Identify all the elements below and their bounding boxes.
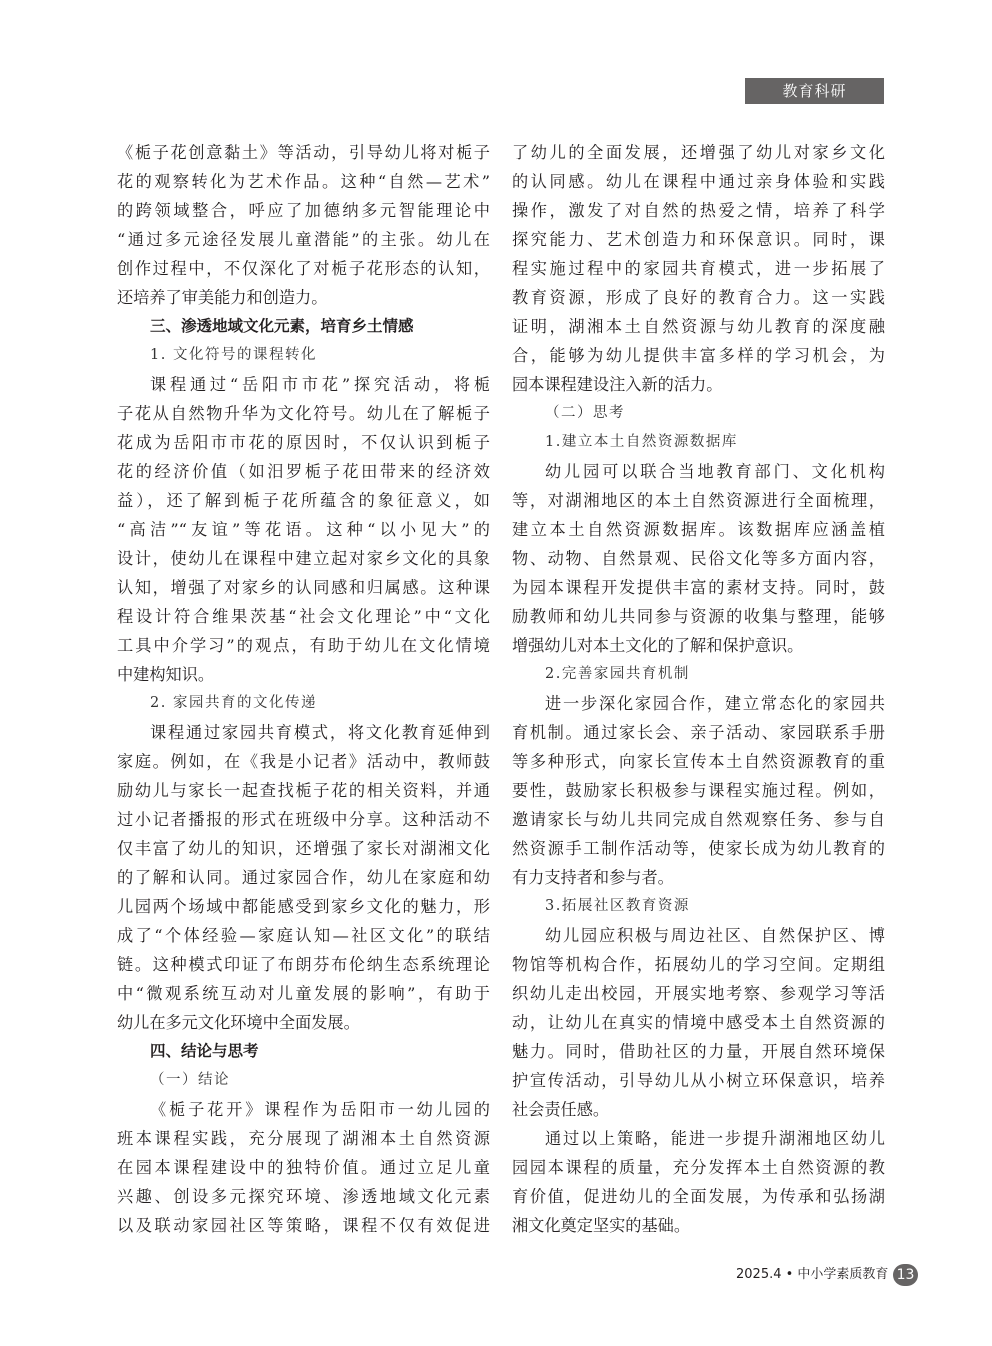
text-line: 探究能力、艺术创造力和环保意识。同时，课: [512, 225, 885, 254]
text-line: 工具中介学习”的观点，有助于幼儿在文化情境: [117, 631, 490, 660]
text-line: “高洁”“友谊”等花语。这种“以小见大”的: [117, 515, 490, 544]
text-line: 为园本课程开发提供丰富的素材支持。同时，鼓: [512, 573, 885, 602]
left-column: 《栀子花创意黏土》等活动，引导幼儿将对栀子花的观察转化为艺术作品。这种“自然—艺…: [117, 138, 490, 1240]
subsection-heading: 2. 家园共育的文化传递: [117, 689, 490, 718]
section-heading: 四、结论与思考: [117, 1037, 490, 1066]
text-line: 邀请家长与幼儿共同完成自然观察任务、参与自: [512, 805, 885, 834]
paragraph-last-line: 园本课程建设注入新的活力。: [512, 370, 885, 399]
text-line: 认知，增强了对家乡的认同感和归属感。这种课: [117, 573, 490, 602]
text-line: 程实施过程中的家园共育模式，进一步拓展了: [512, 254, 885, 283]
paragraph-last-line: 社会责任感。: [512, 1095, 885, 1124]
text-line: 要性，鼓励家长积极参与课程实施过程。例如，: [512, 776, 885, 805]
page-number-badge: 13: [893, 1264, 918, 1286]
text-line: 合，能够为幼儿提供丰富多样的学习机会，为: [512, 341, 885, 370]
text-line: 班本课程实践，充分展现了湖湘本土自然资源: [117, 1124, 490, 1153]
text-line: 花的观察转化为艺术作品。这种“自然—艺术”: [117, 167, 490, 196]
text-line: 中“微观系统互动对儿童发展的影响”，有助于: [117, 979, 490, 1008]
subsection-heading: 1. 文化符号的课程转化: [117, 341, 490, 370]
paragraph-last-line: 湘文化奠定坚实的基础。: [512, 1211, 885, 1240]
paragraph-first-line: 课程通过“岳阳市市花”探究活动，将栀: [117, 370, 490, 399]
paragraph-last-line: 幼儿在多元文化环境中全面发展。: [117, 1008, 490, 1037]
text-line: 然资源手工制作活动等，使家长成为幼儿教育的: [512, 834, 885, 863]
paragraph-first-line: 《栀子花开》课程作为岳阳市一幼儿园的: [117, 1095, 490, 1124]
text-line: 等多种形式，向家长宣传本土自然资源教育的重: [512, 747, 885, 776]
text-line: 物、动物、自然景观、民俗文化等多方面内容，: [512, 544, 885, 573]
section-heading: 三、渗透地域文化元素，培育乡土情感: [117, 312, 490, 341]
text-line: 的跨领域整合，呼应了加德纳多元智能理论中: [117, 196, 490, 225]
text-line: 在园本课程建设中的独特价值。通过立足儿童: [117, 1153, 490, 1182]
subsection-heading: 1.建立本土自然资源数据库: [512, 428, 885, 457]
text-line: 设计，使幼儿在课程中建立起对家乡文化的具象: [117, 544, 490, 573]
text-line: 魅力。同时，借助社区的力量，开展自然环境保: [512, 1037, 885, 1066]
text-line: 程设计符合维果茨基“社会文化理论”中“文化: [117, 602, 490, 631]
text-line: 创作过程中，不仅深化了对栀子花形态的认知，: [117, 254, 490, 283]
text-line: 仅丰富了幼儿的知识，还增强了家长对湖湘文化: [117, 834, 490, 863]
text-line: 家庭。例如，在《我是小记者》活动中，教师鼓: [117, 747, 490, 776]
text-line: 益），还了解到栀子花所蕴含的象征意义，如: [117, 486, 490, 515]
text-line: 动，让幼儿在真实的情境中感受本土自然资源的: [512, 1008, 885, 1037]
text-line: 育机制。通过家长会、亲子活动、家园联系手册: [512, 718, 885, 747]
text-line: 证明，湖湘本土自然资源与幼儿教育的深度融: [512, 312, 885, 341]
text-line: 操作，激发了对自然的热爱之情，培养了科学: [512, 196, 885, 225]
paragraph-last-line: 中建构知识。: [117, 660, 490, 689]
text-line: 织幼儿走出校园，开展实地考察、参观学习等活: [512, 979, 885, 1008]
subsection-heading: 3.拓展社区教育资源: [512, 892, 885, 921]
text-line: 链。这种模式印证了布朗芬布伦纳生态系统理论: [117, 950, 490, 979]
text-line: 建立本土自然资源数据库。该数据库应涵盖植: [512, 515, 885, 544]
text-line: 以及联动家园社区等策略，课程不仅有效促进: [117, 1211, 490, 1240]
paragraph-last-line: 增强幼儿对本土文化的了解和保护意识。: [512, 631, 885, 660]
text-line: 的了解和认同。通过家园合作，幼儿在家庭和幼: [117, 863, 490, 892]
text-line: “通过多元途径发展儿童潜能”的主张。幼儿在: [117, 225, 490, 254]
paragraph-last-line: 有力支持者和参与者。: [512, 863, 885, 892]
subsection-heading: （二）思考: [512, 399, 885, 428]
text-line: 儿园两个场域中都能感受到家乡文化的魅力，形: [117, 892, 490, 921]
text-line: 励教师和幼儿共同参与资源的收集与整理，能够: [512, 602, 885, 631]
text-line: 励幼儿与家长一起查找栀子花的相关资料，并通: [117, 776, 490, 805]
subsection-heading: （一）结论: [117, 1066, 490, 1095]
text-line: 了幼儿的全面发展，还增强了幼儿对家乡文化: [512, 138, 885, 167]
text-line: 兴趣、创设多元探究环境、渗透地域文化元素: [117, 1182, 490, 1211]
text-line: 护宣传活动，引导幼儿从小树立环保意识，培养: [512, 1066, 885, 1095]
text-line: 物馆等机构合作，拓展幼儿的学习空间。定期组: [512, 950, 885, 979]
text-line: 育价值，促进幼儿的全面发展，为传承和弘扬湖: [512, 1182, 885, 1211]
text-line: 的认同感。幼儿在课程中通过亲身体验和实践: [512, 167, 885, 196]
text-line: 等，对湖湘地区的本土自然资源进行全面梳理，: [512, 486, 885, 515]
text-line: 成了“个体经验—家庭认知—社区文化”的联结: [117, 921, 490, 950]
text-line: 过小记者播报的形式在班级中分享。这种活动不: [117, 805, 490, 834]
paragraph-first-line: 幼儿园可以联合当地教育部门、文化机构: [512, 457, 885, 486]
paragraph-first-line: 通过以上策略，能进一步提升湖湘地区幼儿: [512, 1124, 885, 1153]
paragraph-first-line: 进一步深化家园合作，建立常态化的家园共: [512, 689, 885, 718]
text-line: 子花从自然物升华为文化符号。幼儿在了解栀子: [117, 399, 490, 428]
paragraph-first-line: 课程通过家园共育模式，将文化教育延伸到: [117, 718, 490, 747]
text-line: 园园本课程的质量，充分发挥本土自然资源的教: [512, 1153, 885, 1182]
subsection-heading: 2.完善家园共育机制: [512, 660, 885, 689]
text-line: 花成为岳阳市市花的原因时，不仅认识到栀子: [117, 428, 490, 457]
paragraph-last-line: 还培养了审美能力和创造力。: [117, 283, 490, 312]
text-line: 花的经济价值（如汨罗栀子花田带来的经济效: [117, 457, 490, 486]
text-line: 《栀子花创意黏土》等活动，引导幼儿将对栀子: [117, 138, 490, 167]
footer-issue: 2025.4 • 中小学素质教育: [736, 1264, 888, 1286]
section-tag: 教育科研: [745, 78, 884, 104]
paragraph-first-line: 幼儿园应积极与周边社区、自然保护区、博: [512, 921, 885, 950]
text-line: 教育资源，形成了良好的教育合力。这一实践: [512, 283, 885, 312]
right-column: 了幼儿的全面发展，还增强了幼儿对家乡文化的认同感。幼儿在课程中通过亲身体验和实践…: [512, 138, 885, 1240]
